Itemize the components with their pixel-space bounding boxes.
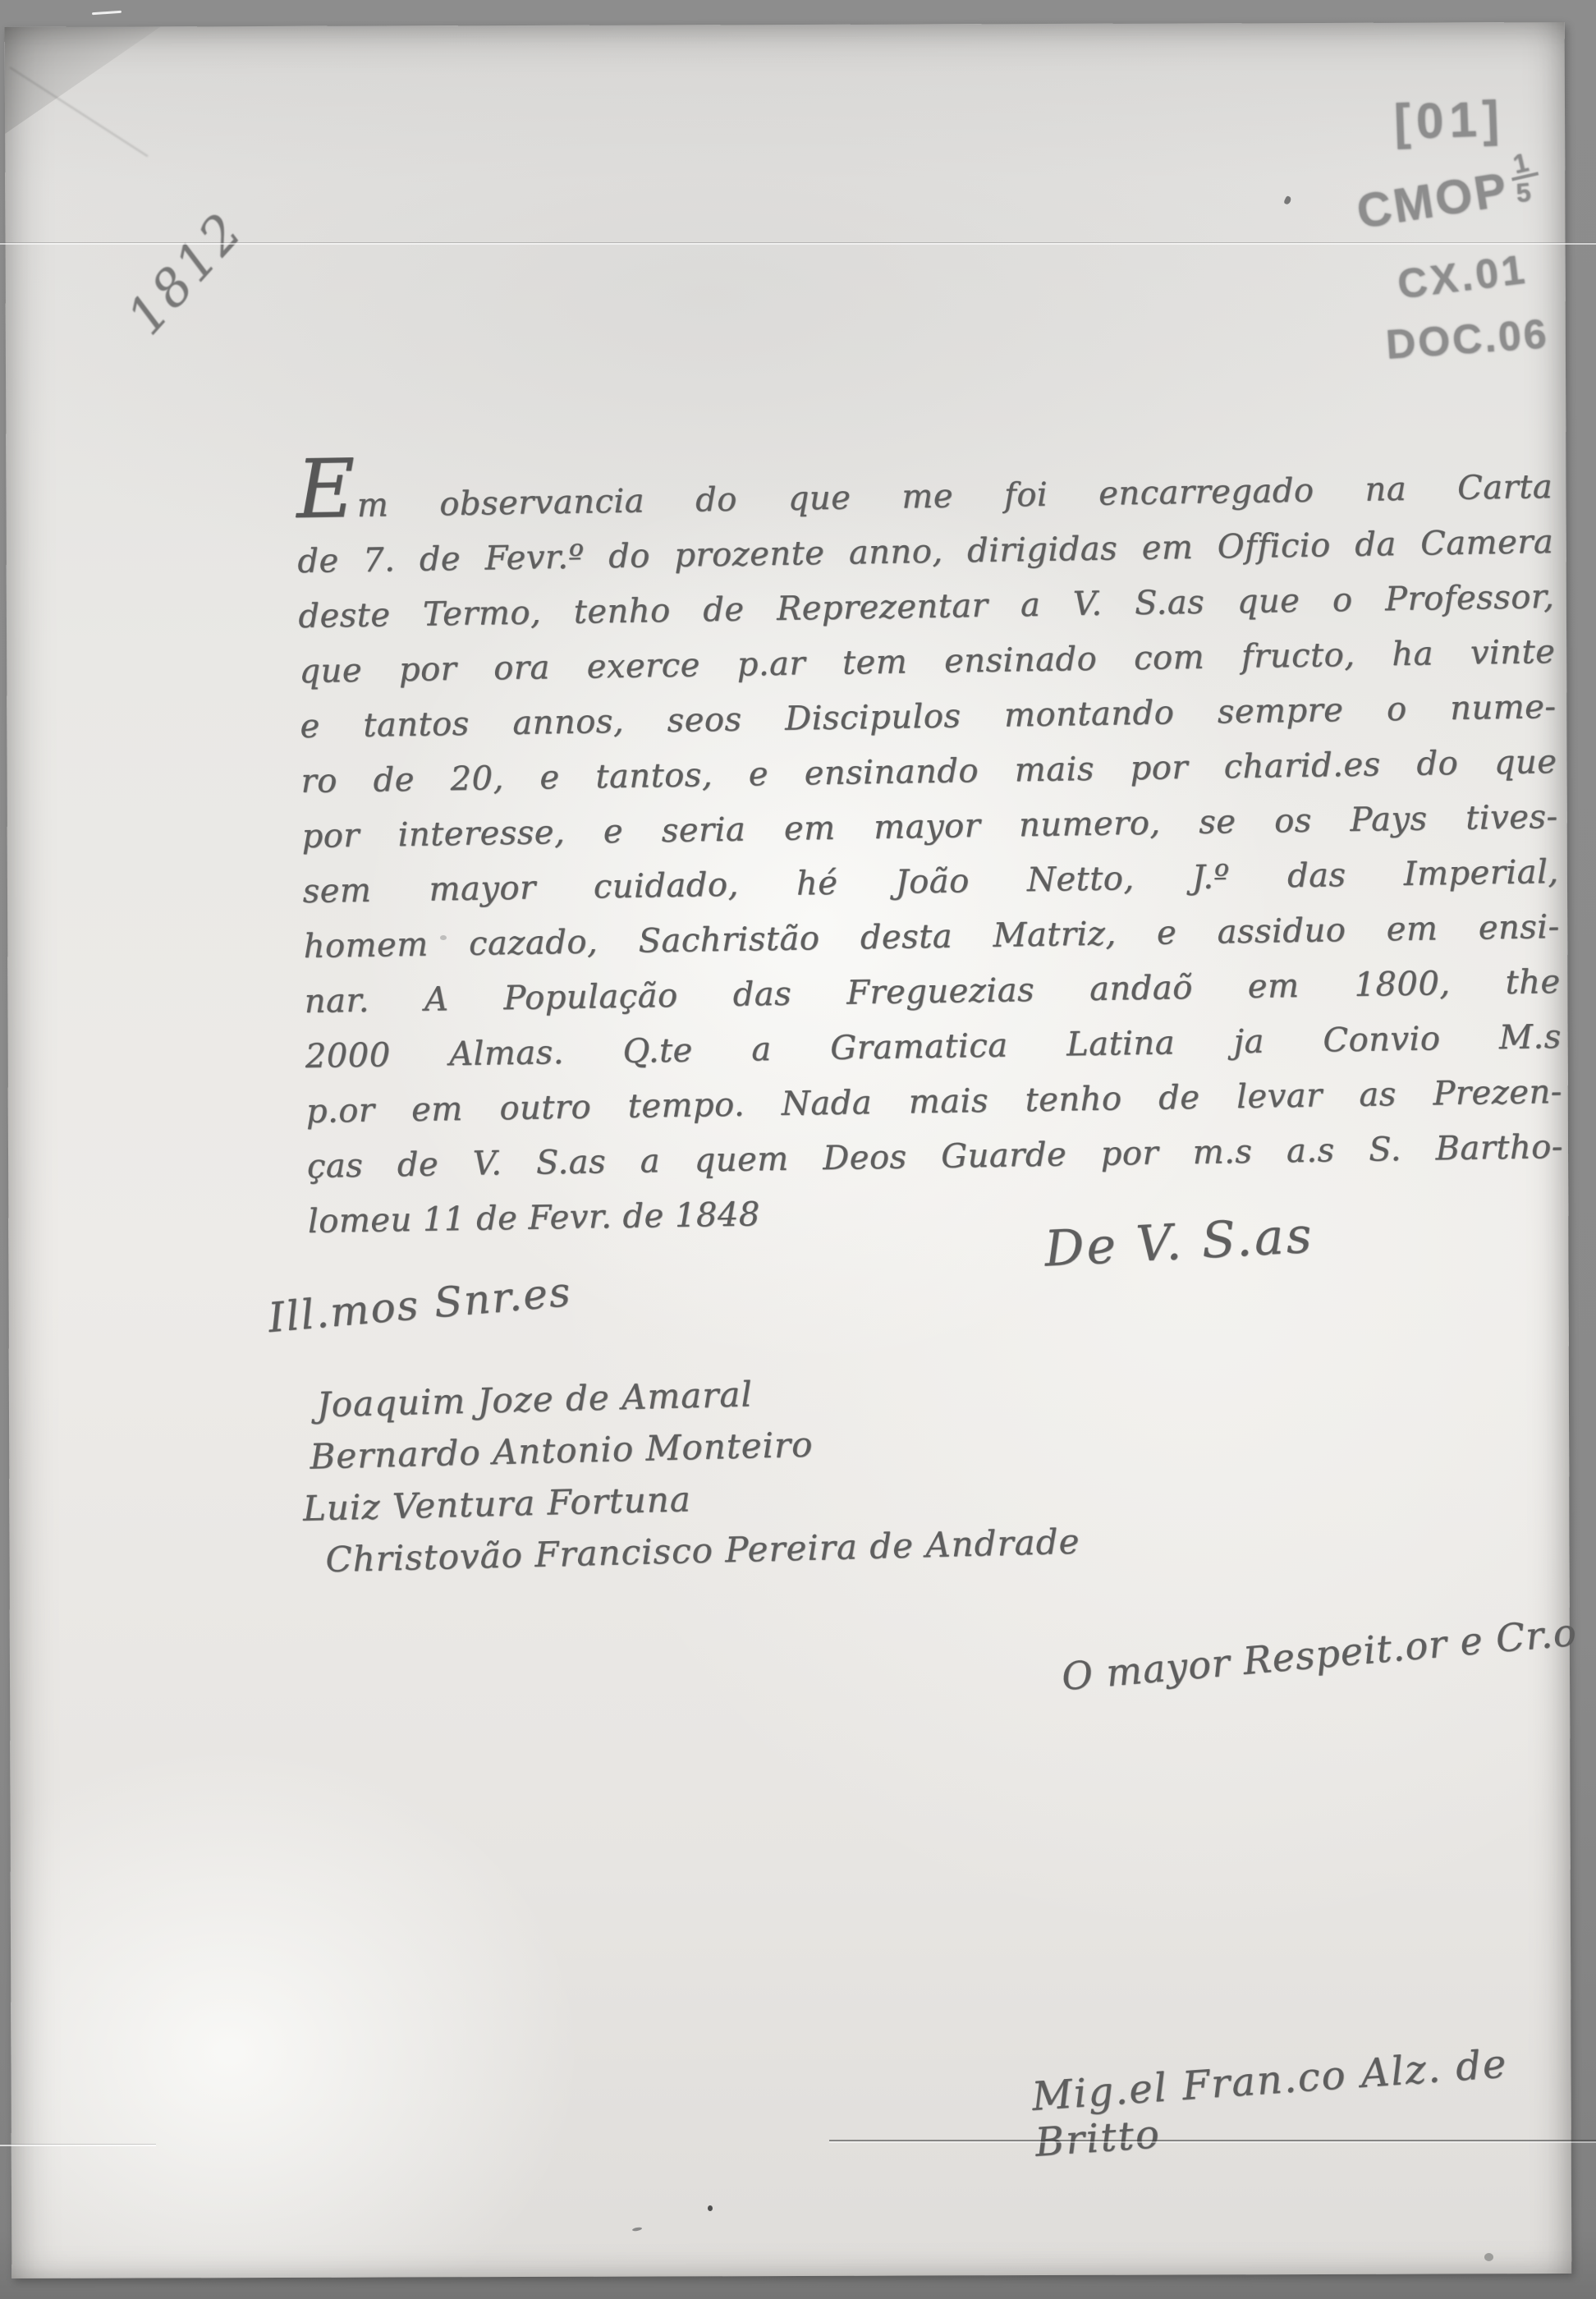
archive-page-marker: [01] — [1393, 90, 1506, 151]
fonds-fraction-numerator: 1 — [1506, 148, 1539, 181]
scratch-mark — [92, 11, 122, 16]
ink-speck — [708, 2205, 713, 2211]
scan-streak-top — [0, 243, 1596, 245]
fonds-fraction-denominator: 5 — [1515, 177, 1534, 205]
paper-stain — [1484, 2253, 1493, 2261]
fonds-fraction: 1 5 — [1507, 149, 1539, 206]
fold-line-bottom — [829, 2140, 1596, 2141]
paper-stain — [440, 935, 447, 940]
addressees-list: Joaquim Joze de Amaral Bernardo Antonio … — [316, 1361, 1080, 1586]
scan-background: [01] CMOP 1 5 CX.01 DOC.06 1812 Em obser… — [0, 0, 1596, 2299]
scan-streak-bottom-left — [0, 2145, 156, 2146]
letter-body: Em observancia do que me foi encarregado… — [296, 460, 1565, 1250]
